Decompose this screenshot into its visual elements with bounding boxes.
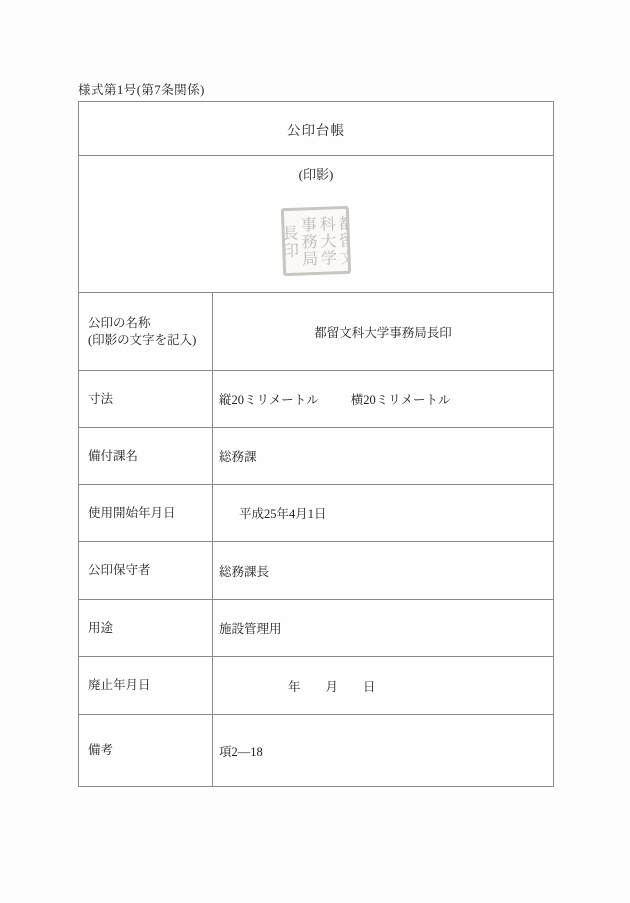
seal-impression-row: (印影) 都留文科大学事務局長印 (79, 155, 553, 292)
row-remarks: 備考 項2—18 (79, 714, 553, 786)
seal-glyph-text: 都留文科大学事務局長印 (281, 211, 351, 272)
purpose-value: 施設管理用 (213, 600, 553, 656)
dimensions-height-value: 縦20ミリメートル (219, 390, 319, 408)
row-seal-name: 公印の名称 (印影の文字を記入) 都留文科大学事務局長印 (79, 292, 553, 370)
row-abolition-date: 廃止年月日 年 月 日 (79, 656, 553, 714)
dimensions-width-value: 横20ミリメートル (351, 390, 451, 408)
row-dimensions: 寸法 縦20ミリメートル 横20ミリメートル (79, 370, 553, 427)
seal-register-document: 様式第1号(第7条関係) 公印台帳 (印影) 都留文科大学事務局長印 公印の名称… (0, 0, 630, 903)
custodian-section-value: 総務課 (213, 428, 553, 484)
seal-register-table: 公印台帳 (印影) 都留文科大学事務局長印 公印の名称 (印影の文字を記入) 都… (78, 101, 554, 787)
dimensions-label: 寸法 (79, 371, 213, 427)
start-date-value: 平成25年4月1日 (213, 485, 553, 541)
seal-section-caption: (印影) (299, 164, 334, 183)
row-start-date: 使用開始年月日 平成25年4月1日 (79, 484, 553, 541)
seal-name-label-line1: 公印の名称 (88, 315, 212, 332)
start-date-label: 使用開始年月日 (79, 485, 213, 541)
document-title: 公印台帳 (287, 119, 345, 139)
form-number-label: 様式第1号(第7条関係) (78, 80, 205, 98)
remarks-value: 項2—18 (213, 715, 553, 786)
remarks-label: 備考 (79, 715, 213, 786)
table-title-row: 公印台帳 (79, 102, 553, 155)
seal-name-label-line2: (印影の文字を記入) (88, 332, 212, 349)
purpose-label: 用途 (79, 600, 213, 656)
row-custodian-section: 備付課名 総務課 (79, 427, 553, 484)
seal-keeper-label: 公印保守者 (79, 542, 213, 599)
custodian-section-label: 備付課名 (79, 428, 213, 484)
seal-name-label: 公印の名称 (印影の文字を記入) (79, 293, 213, 370)
row-seal-keeper: 公印保守者 総務課長 (79, 541, 553, 599)
row-purpose: 用途 施設管理用 (79, 599, 553, 656)
seal-name-value: 都留文科大学事務局長印 (213, 293, 553, 370)
abolition-date-label: 廃止年月日 (79, 657, 213, 714)
seal-impression-image: 都留文科大学事務局長印 (281, 206, 351, 276)
dimensions-value: 縦20ミリメートル 横20ミリメートル (213, 371, 553, 427)
seal-keeper-value: 総務課長 (213, 542, 553, 599)
abolition-date-value: 年 月 日 (213, 657, 553, 714)
